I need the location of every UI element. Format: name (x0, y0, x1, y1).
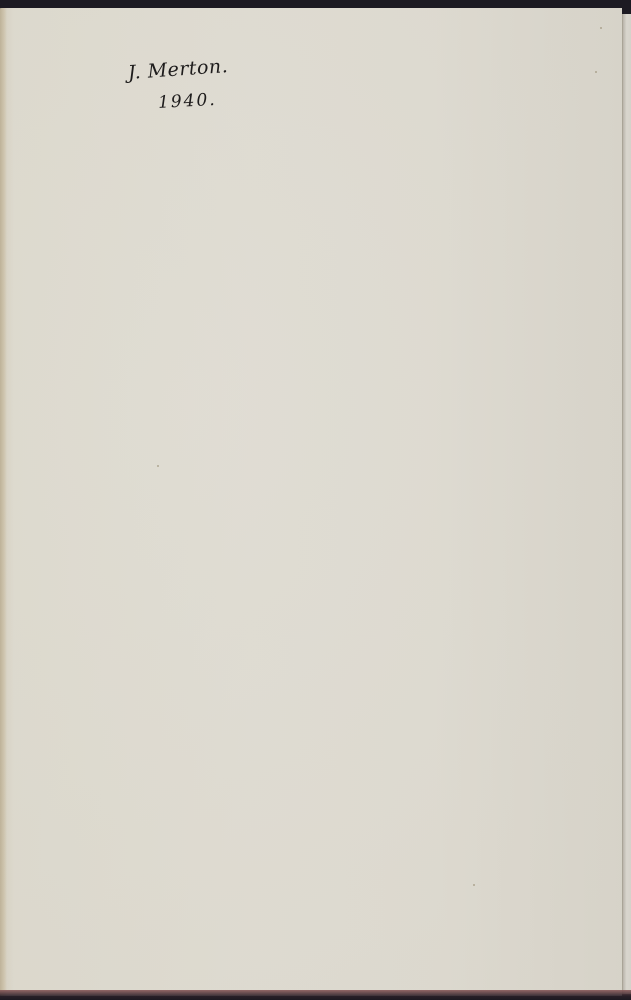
next-page-edge (622, 14, 631, 994)
scanned-page-view: J. Merton. 1940. (0, 0, 631, 1000)
bottom-edge-shadow (0, 990, 631, 1000)
handwritten-inscription: J. Merton. 1940. (128, 62, 268, 110)
inscription-year: 1940. (158, 87, 269, 113)
foxing-spot (595, 71, 597, 73)
foxing-spot (600, 27, 602, 29)
book-page (0, 8, 622, 996)
page-gutter-edge (0, 8, 7, 996)
foxing-spot (473, 884, 475, 886)
foxing-spot (157, 465, 159, 467)
